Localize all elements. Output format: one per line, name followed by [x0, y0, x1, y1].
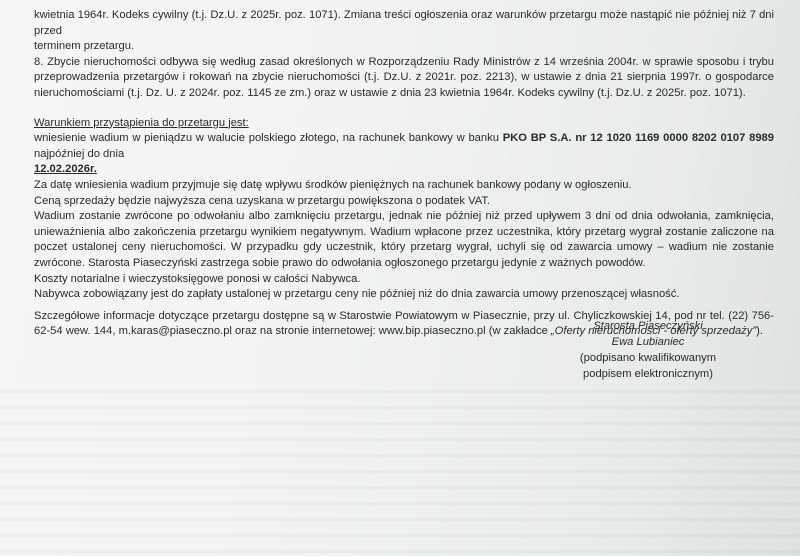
deposit-text-after: najpóźniej do dnia	[34, 148, 124, 160]
signature-note-line-2: podpisem elektronicznym)	[548, 366, 748, 382]
deposit-paragraph: wniesienie wadium w pieniądzu w walucie …	[34, 131, 774, 162]
intro-line-1: kwietnia 1964r. Kodeks cywilny (t.j. Dz.…	[34, 9, 774, 37]
sale-price-rule: Ceną sprzedaży będzie najwyższa cena uzy…	[34, 194, 774, 210]
reverse-side-bleed-through	[0, 380, 800, 556]
payment-rule: Nabywca zobowiązany jest do zapłaty usta…	[34, 287, 774, 303]
intro-continuation: kwietnia 1964r. Kodeks cywilny (t.j. Dz.…	[34, 8, 774, 39]
deposit-text: wniesienie wadium w pieniądzu w walucie …	[34, 132, 503, 144]
signature-note-line-1: (podpisano kwalifikowanym	[548, 350, 748, 366]
contact-info-end: ).	[756, 325, 763, 337]
intro-continuation-end: terminem przetargu.	[34, 39, 774, 55]
signature-block: Starosta Piaseczyński Ewa Lubianiec (pod…	[548, 318, 748, 382]
point-8-paragraph: 8. Zbycie nieruchomości odbywa się wedłu…	[34, 55, 774, 102]
deposit-date-rule: Za datę wniesienia wadium przyjmuje się …	[34, 178, 774, 194]
deposit-deadline-date: 12.02.2026r.	[34, 163, 97, 175]
signatory-name: Ewa Lubianiec	[548, 334, 748, 350]
conditions-heading-text: Warunkiem przystąpienia do przetargu jes…	[34, 117, 249, 129]
conditions-heading: Warunkiem przystąpienia do przetargu jes…	[34, 116, 774, 132]
document-page: kwietnia 1964r. Kodeks cywilny (t.j. Dz.…	[34, 8, 774, 340]
costs-rule: Koszty notarialne i wieczystoksięgowe po…	[34, 272, 774, 288]
signatory-title: Starosta Piaseczyński	[548, 318, 748, 334]
deposit-return-rule: Wadium zostanie zwrócone po odwołaniu al…	[34, 209, 774, 271]
bank-account-number: PKO BP S.A. nr 12 1020 1169 0000 8202 01…	[503, 132, 774, 144]
deposit-deadline: 12.02.2026r.	[34, 162, 774, 178]
